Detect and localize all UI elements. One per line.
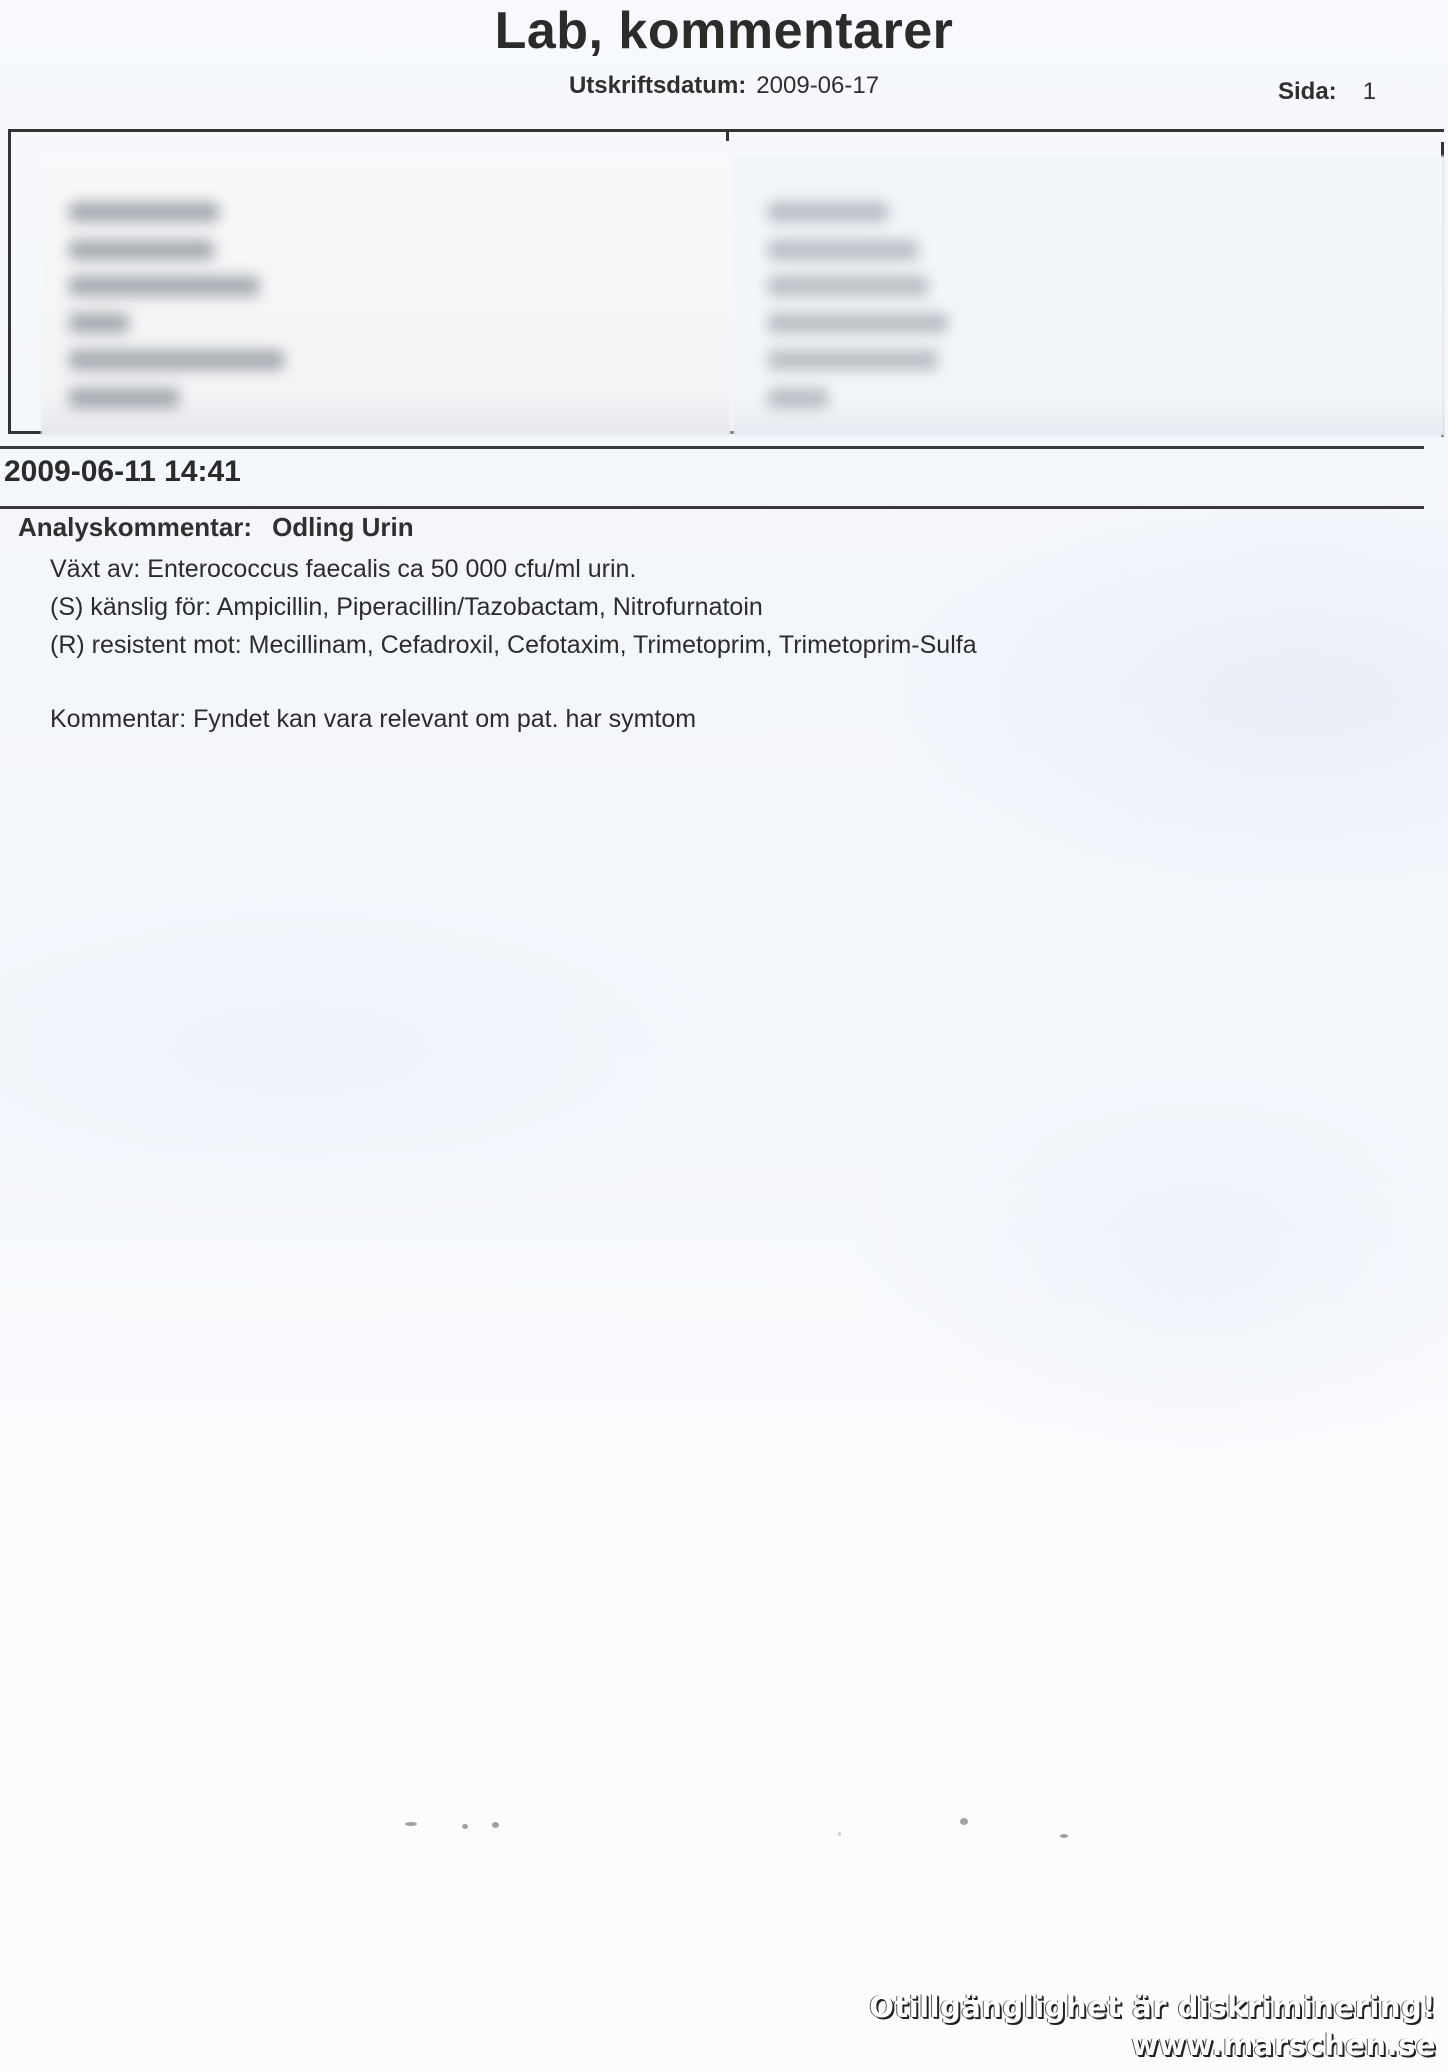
analysis-label: Analyskommentar:	[18, 512, 252, 542]
page-number-label: Sida:	[1278, 78, 1337, 105]
redacted-recipient-address	[733, 156, 1445, 436]
watermark-slogan: Otillgänglighet är diskriminering!	[869, 1990, 1436, 2024]
analysis-header: Analyskommentar:Odling Urin	[18, 512, 414, 543]
finding-line: Växt av: Enterococcus faecalis ca 50 000…	[50, 555, 636, 584]
susceptible-line: (S) känslig för: Ampicillin, Piperacilli…	[50, 593, 763, 622]
print-date: Utskriftsdatum:2009-06-17	[0, 72, 1448, 100]
scan-speck	[838, 1832, 841, 1836]
separator-bottom	[0, 506, 1424, 509]
resistant-line: (R) resistent mot: Mecillinam, Cefadroxi…	[50, 631, 977, 660]
print-date-value: 2009-06-17	[756, 72, 879, 99]
comment-line: Kommentar: Fyndet kan vara relevant om p…	[50, 705, 696, 734]
page-number-value: 1	[1363, 78, 1376, 105]
scan-speck	[492, 1822, 499, 1828]
watermark-url: www.marschen.se	[1132, 2028, 1436, 2062]
document-title: Lab, kommentarer	[0, 0, 1448, 62]
address-box-divider	[726, 129, 729, 141]
address-box	[8, 129, 1444, 434]
redacted-sender-address	[41, 156, 731, 436]
scan-speck	[462, 1824, 468, 1829]
scan-speck	[960, 1818, 968, 1825]
separator-top	[0, 446, 1424, 449]
analysis-name: Odling Urin	[272, 512, 414, 542]
scan-speck	[405, 1822, 417, 1826]
print-date-label: Utskriftsdatum:	[569, 72, 746, 99]
page-number: Sida:1	[1278, 78, 1376, 106]
scan-speck	[1060, 1834, 1068, 1838]
entry-datetime: 2009-06-11 14:41	[4, 455, 241, 489]
